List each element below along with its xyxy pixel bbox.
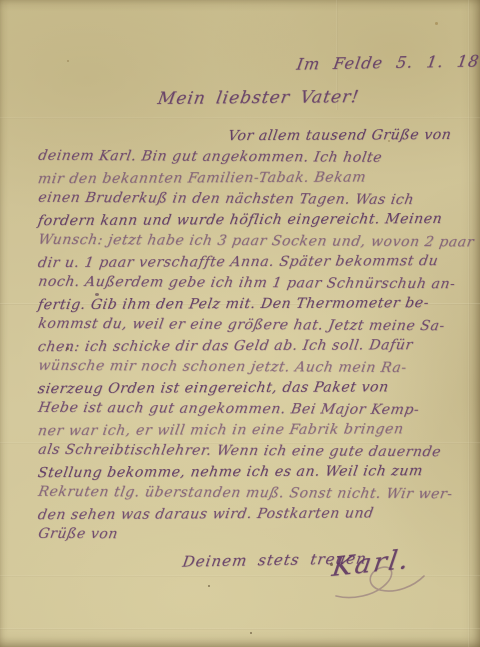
handwritten-line: Wunsch: jetzt habe ich 3 paar Socken und… xyxy=(36,230,465,254)
fold-line xyxy=(0,117,480,119)
handwritten-line: deinem Karl. Bin gut angekommen. Ich hol… xyxy=(36,146,465,170)
foxing-speck xyxy=(208,585,210,587)
handwritten-line: wünsche mir noch schonen jetzt. Auch mei… xyxy=(36,356,465,380)
crease-line xyxy=(468,0,470,647)
foxing-speck xyxy=(67,60,69,62)
handwritten-line: Stellung bekomme, nehme ich es an. Weil … xyxy=(36,461,466,484)
handwritten-line: Vor allem tausend Grüße von xyxy=(36,125,466,148)
handwritten-line: fordern kann und wurde höflich eingereic… xyxy=(36,209,466,232)
signature-flourish xyxy=(322,556,432,602)
salutation: Mein liebster Vater! xyxy=(156,87,361,109)
handwritten-line: mir den bekannten Familien-Tabak. Bekam xyxy=(36,167,466,190)
handwritten-line: ner war ich, er will mich in eine Fabrik… xyxy=(36,419,466,442)
handwritten-line: dir u. 1 paar verschaffte Anna. Später b… xyxy=(36,251,466,274)
foxing-speck xyxy=(435,22,438,25)
handwritten-line: einen Bruderkuß in den nächsten Tagen. W… xyxy=(36,188,465,212)
handwritten-line: als Schreibtischlehrer. Wenn ich eine gu… xyxy=(36,440,465,464)
fold-line xyxy=(0,628,480,630)
handwritten-line: den sehen was daraus wird. Postkarten un… xyxy=(36,503,466,526)
handwritten-line: Hebe ist auch gut angekommen. Bei Major … xyxy=(36,398,465,422)
handwritten-line: Rekruten tlg. überstanden muß. Sonst nic… xyxy=(36,482,465,506)
handwritten-line: sierzeug Orden ist eingereicht, das Pake… xyxy=(36,377,466,400)
handwritten-line: kommst du, weil er eine größere hat. Jet… xyxy=(36,314,465,338)
handwritten-line: chen: ich schicke dir das Geld ab. Ich s… xyxy=(36,335,466,358)
letter-page: Im Felde 5. 1. 18 Mein liebster Vater! V… xyxy=(0,0,480,647)
handwritten-line: Grüße von xyxy=(36,524,465,548)
handwritten-line: noch. Außerdem gebe ich ihm 1 paar Schnü… xyxy=(36,272,465,296)
letter-body: Vor allem tausend Grüße vondeinem Karl. … xyxy=(38,126,464,546)
foxing-speck xyxy=(250,632,252,634)
handwritten-line: fertig. Gib ihm den Pelz mit. Den Thermo… xyxy=(36,293,466,316)
date-line: Im Felde 5. 1. 18 xyxy=(295,51,480,73)
